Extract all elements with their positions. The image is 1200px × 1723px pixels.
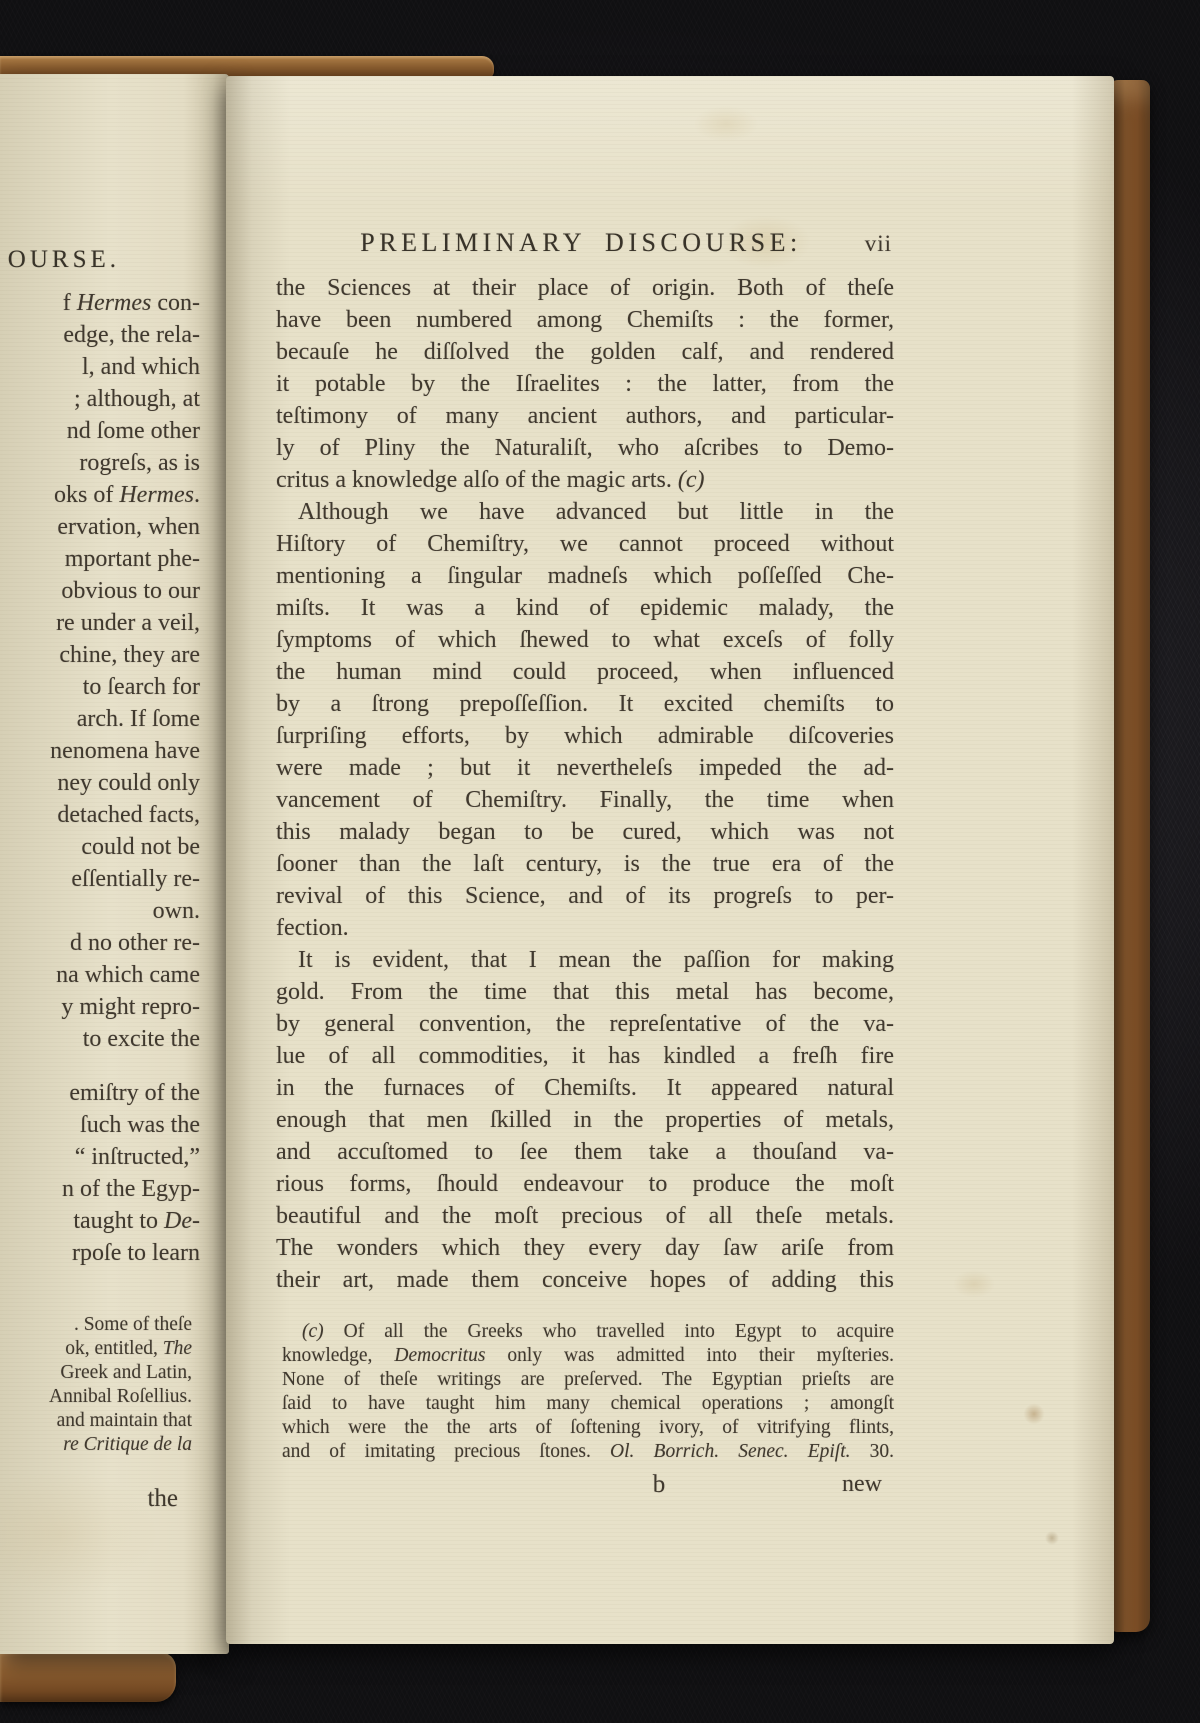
text-line: ly of Pliny the Naturaliſt, who aſcribes…: [276, 432, 894, 464]
text-line: . Some of theſe: [0, 1313, 192, 1337]
text-line: oks of Hermes.: [0, 479, 200, 511]
text-line: taught to De-: [0, 1205, 200, 1237]
book-photo: OURSE. f Hermes con-edge, the rela-l, an…: [0, 0, 1200, 1723]
text-line: becauſe he diſſolved the golden calf, an…: [276, 336, 894, 368]
left-page-header-fragment: OURSE.: [0, 246, 120, 274]
left-page-body-text-paragraph-2: emiſtry of theſuch was the“ inſtructed,”…: [0, 1077, 200, 1269]
text-line: ſaid to have taught him many chemical op…: [282, 1392, 894, 1416]
text-line: None of theſe writings are preſerved. Th…: [282, 1368, 894, 1392]
text-line: Greek and Latin,: [0, 1361, 192, 1385]
text-line: mentioning a ſingular madneſs which poſſ…: [276, 560, 894, 592]
text-line: rious forms, ſhould endeavour to produce…: [276, 1168, 894, 1200]
text-line: enough that men ſkilled in the propertie…: [276, 1104, 894, 1136]
text-line: Annibal Roſellius.: [0, 1385, 192, 1409]
text-line: obvious to our: [0, 575, 200, 607]
right-page: PRELIMINARY DISCOURSE: vii the Sciences …: [226, 76, 1114, 1644]
book-cover-edge-bottom: [0, 1652, 176, 1702]
text-line: and maintain that: [0, 1409, 192, 1433]
text-line: have been numbered among Chemiſts : the …: [276, 304, 894, 336]
text-line: rogreſs, as is: [0, 447, 200, 479]
signature-mark: b: [641, 1471, 677, 1499]
right-page-body-text: the Sciences at their place of origin. B…: [276, 272, 894, 1296]
text-line: lue of all commodities, it has kindled a…: [276, 1040, 894, 1072]
paragraph: the Sciences at their place of origin. B…: [276, 272, 894, 496]
text-line: by a ſtrong prepoſſeſſion. It excited ch…: [276, 688, 894, 720]
text-line: by general convention, the repreſentativ…: [276, 1008, 894, 1040]
text-line: na which came: [0, 959, 200, 991]
text-line: “ inſtructed,”: [0, 1141, 200, 1173]
text-line: ; although, at: [0, 383, 200, 415]
text-line: rpoſe to learn: [0, 1237, 200, 1269]
text-line: re Critique de la: [0, 1433, 192, 1457]
text-line: beautiful and the moſt precious of all t…: [276, 1200, 894, 1232]
text-line: edge, the rela-: [0, 319, 200, 351]
text-line: nenomena have: [0, 735, 200, 767]
text-line: it potable by the Iſraelites : the latte…: [276, 368, 894, 400]
text-line: f Hermes con-: [0, 287, 200, 319]
text-line: eſſentially re-: [0, 863, 200, 895]
text-line: revival of this Science, and of its prog…: [276, 880, 894, 912]
book-cover-fore-edge: [1108, 80, 1150, 1632]
text-line: to ſearch for: [0, 671, 200, 703]
text-line: critus a knowledge alſo of the magic art…: [276, 464, 894, 496]
text-line: nd ſome other: [0, 415, 200, 447]
text-line: mportant phe-: [0, 543, 200, 575]
text-line: d no other re-: [0, 927, 200, 959]
text-line: in the furnaces of Chemiſts. It appeared…: [276, 1072, 894, 1104]
text-line: ſuch was the: [0, 1109, 200, 1141]
right-page-footnote: (c) Of all the Greeks who travelled into…: [282, 1320, 894, 1464]
text-line: this malady began to be cured, which was…: [276, 816, 894, 848]
text-line: gold. From the time that this metal has …: [276, 976, 894, 1008]
text-line: and of imitating precious ſtones. Ol. Bo…: [282, 1440, 894, 1464]
paragraph: It is evident, that I mean the paſſion f…: [276, 944, 894, 1296]
text-line: Hiſtory of Chemiſtry, we cannot proceed …: [276, 528, 894, 560]
text-line: The wonders which they every day ſaw ari…: [276, 1232, 894, 1264]
text-line: which were the the arts of ſoftening ivo…: [282, 1416, 894, 1440]
page-title: PRELIMINARY DISCOURSE:: [270, 228, 892, 258]
text-line: ſymptoms of which ſhewed to what exceſs …: [276, 624, 894, 656]
text-line: own.: [0, 895, 200, 927]
text-line: n of the Egyp-: [0, 1173, 200, 1205]
text-line: teſtimony of many ancient authors, and p…: [276, 400, 894, 432]
running-header: PRELIMINARY DISCOURSE: vii: [270, 228, 892, 264]
text-line: chine, they are: [0, 639, 200, 671]
text-line: Although we have advanced but little in …: [276, 496, 894, 528]
page-number: vii: [865, 231, 892, 257]
text-line: It is evident, that I mean the paſſion f…: [276, 944, 894, 976]
text-line: miſts. It was a kind of epidemic malady,…: [276, 592, 894, 624]
left-page-catchword: the: [0, 1485, 178, 1513]
right-page-catchword: new: [806, 1471, 882, 1498]
text-line: (c) Of all the Greeks who travelled into…: [282, 1320, 894, 1344]
text-line: ſooner than the laſt century, is the tru…: [276, 848, 894, 880]
text-line: ervation, when: [0, 511, 200, 543]
left-page: OURSE. f Hermes con-edge, the rela-l, an…: [0, 74, 229, 1654]
text-line: emiſtry of the: [0, 1077, 200, 1109]
paragraph: Although we have advanced but little in …: [276, 496, 894, 944]
text-line: y might repro-: [0, 991, 200, 1023]
text-line: vancement of Chemiſtry. Finally, the tim…: [276, 784, 894, 816]
text-line: ſurpriſing efforts, by which admirable d…: [276, 720, 894, 752]
text-line: fection.: [276, 912, 894, 944]
left-page-body-text: f Hermes con-edge, the rela-l, and which…: [0, 287, 200, 1055]
text-line: the Sciences at their place of origin. B…: [276, 272, 894, 304]
text-line: knowledge, Democritus only was admitted …: [282, 1344, 894, 1368]
left-page-footnote: . Some of theſeok, entitled, TheGreek an…: [0, 1313, 192, 1457]
text-line: l, and which: [0, 351, 200, 383]
text-line: re under a veil,: [0, 607, 200, 639]
text-line: were made ; but it nevertheleſs impeded …: [276, 752, 894, 784]
text-line: could not be: [0, 831, 200, 863]
text-line: ok, entitled, The: [0, 1337, 192, 1361]
text-line: detached facts,: [0, 799, 200, 831]
text-line: to excite the: [0, 1023, 200, 1055]
text-line: the human mind could proceed, when influ…: [276, 656, 894, 688]
text-line: arch. If ſome: [0, 703, 200, 735]
text-line: their art, made them conceive hopes of a…: [276, 1264, 894, 1296]
text-line: and accuſtomed to ſee them take a thouſa…: [276, 1136, 894, 1168]
text-line: ney could only: [0, 767, 200, 799]
